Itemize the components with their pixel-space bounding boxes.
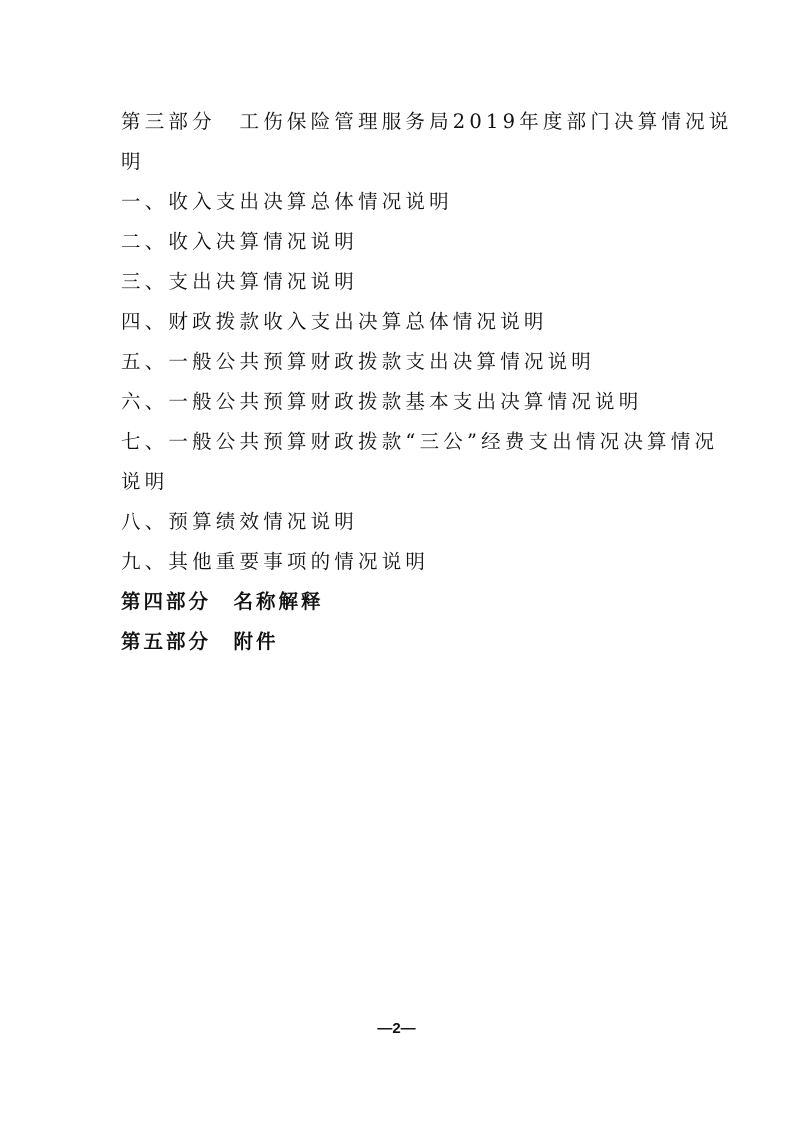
section-four-title: 第四部分 名称解释 — [121, 590, 324, 614]
section-five-title: 第五部分 附件 — [121, 630, 279, 654]
toc-item-6: 六、一般公共预算财政拨款基本支出决算情况说明 — [121, 390, 642, 414]
section-three-title-cont: 明 — [121, 150, 145, 174]
toc-item-8: 八、预算绩效情况说明 — [121, 510, 358, 534]
toc-item-5: 五、一般公共预算财政拨款支出决算情况说明 — [121, 350, 595, 374]
toc-item-7: 七、一般公共预算财政拨款“三公”经费支出情况决算情况 — [121, 430, 718, 454]
page-number: —2— — [0, 1020, 793, 1037]
toc-item-7-cont: 说明 — [121, 470, 168, 494]
document-page: 第三部分 工伤保险管理服务局2019年度部门决算情况说 明 一、收入支出决算总体… — [0, 0, 793, 1122]
section-three-title: 第三部分 工伤保险管理服务局2019年度部门决算情况说 — [121, 110, 733, 134]
toc-item-2: 二、收入决算情况说明 — [121, 230, 358, 254]
toc-item-1: 一、收入支出决算总体情况说明 — [121, 190, 453, 214]
toc-item-4: 四、财政拨款收入支出决算总体情况说明 — [121, 310, 548, 334]
toc-item-9: 九、其他重要事项的情况说明 — [121, 550, 429, 574]
toc-item-3: 三、支出决算情况说明 — [121, 270, 358, 294]
